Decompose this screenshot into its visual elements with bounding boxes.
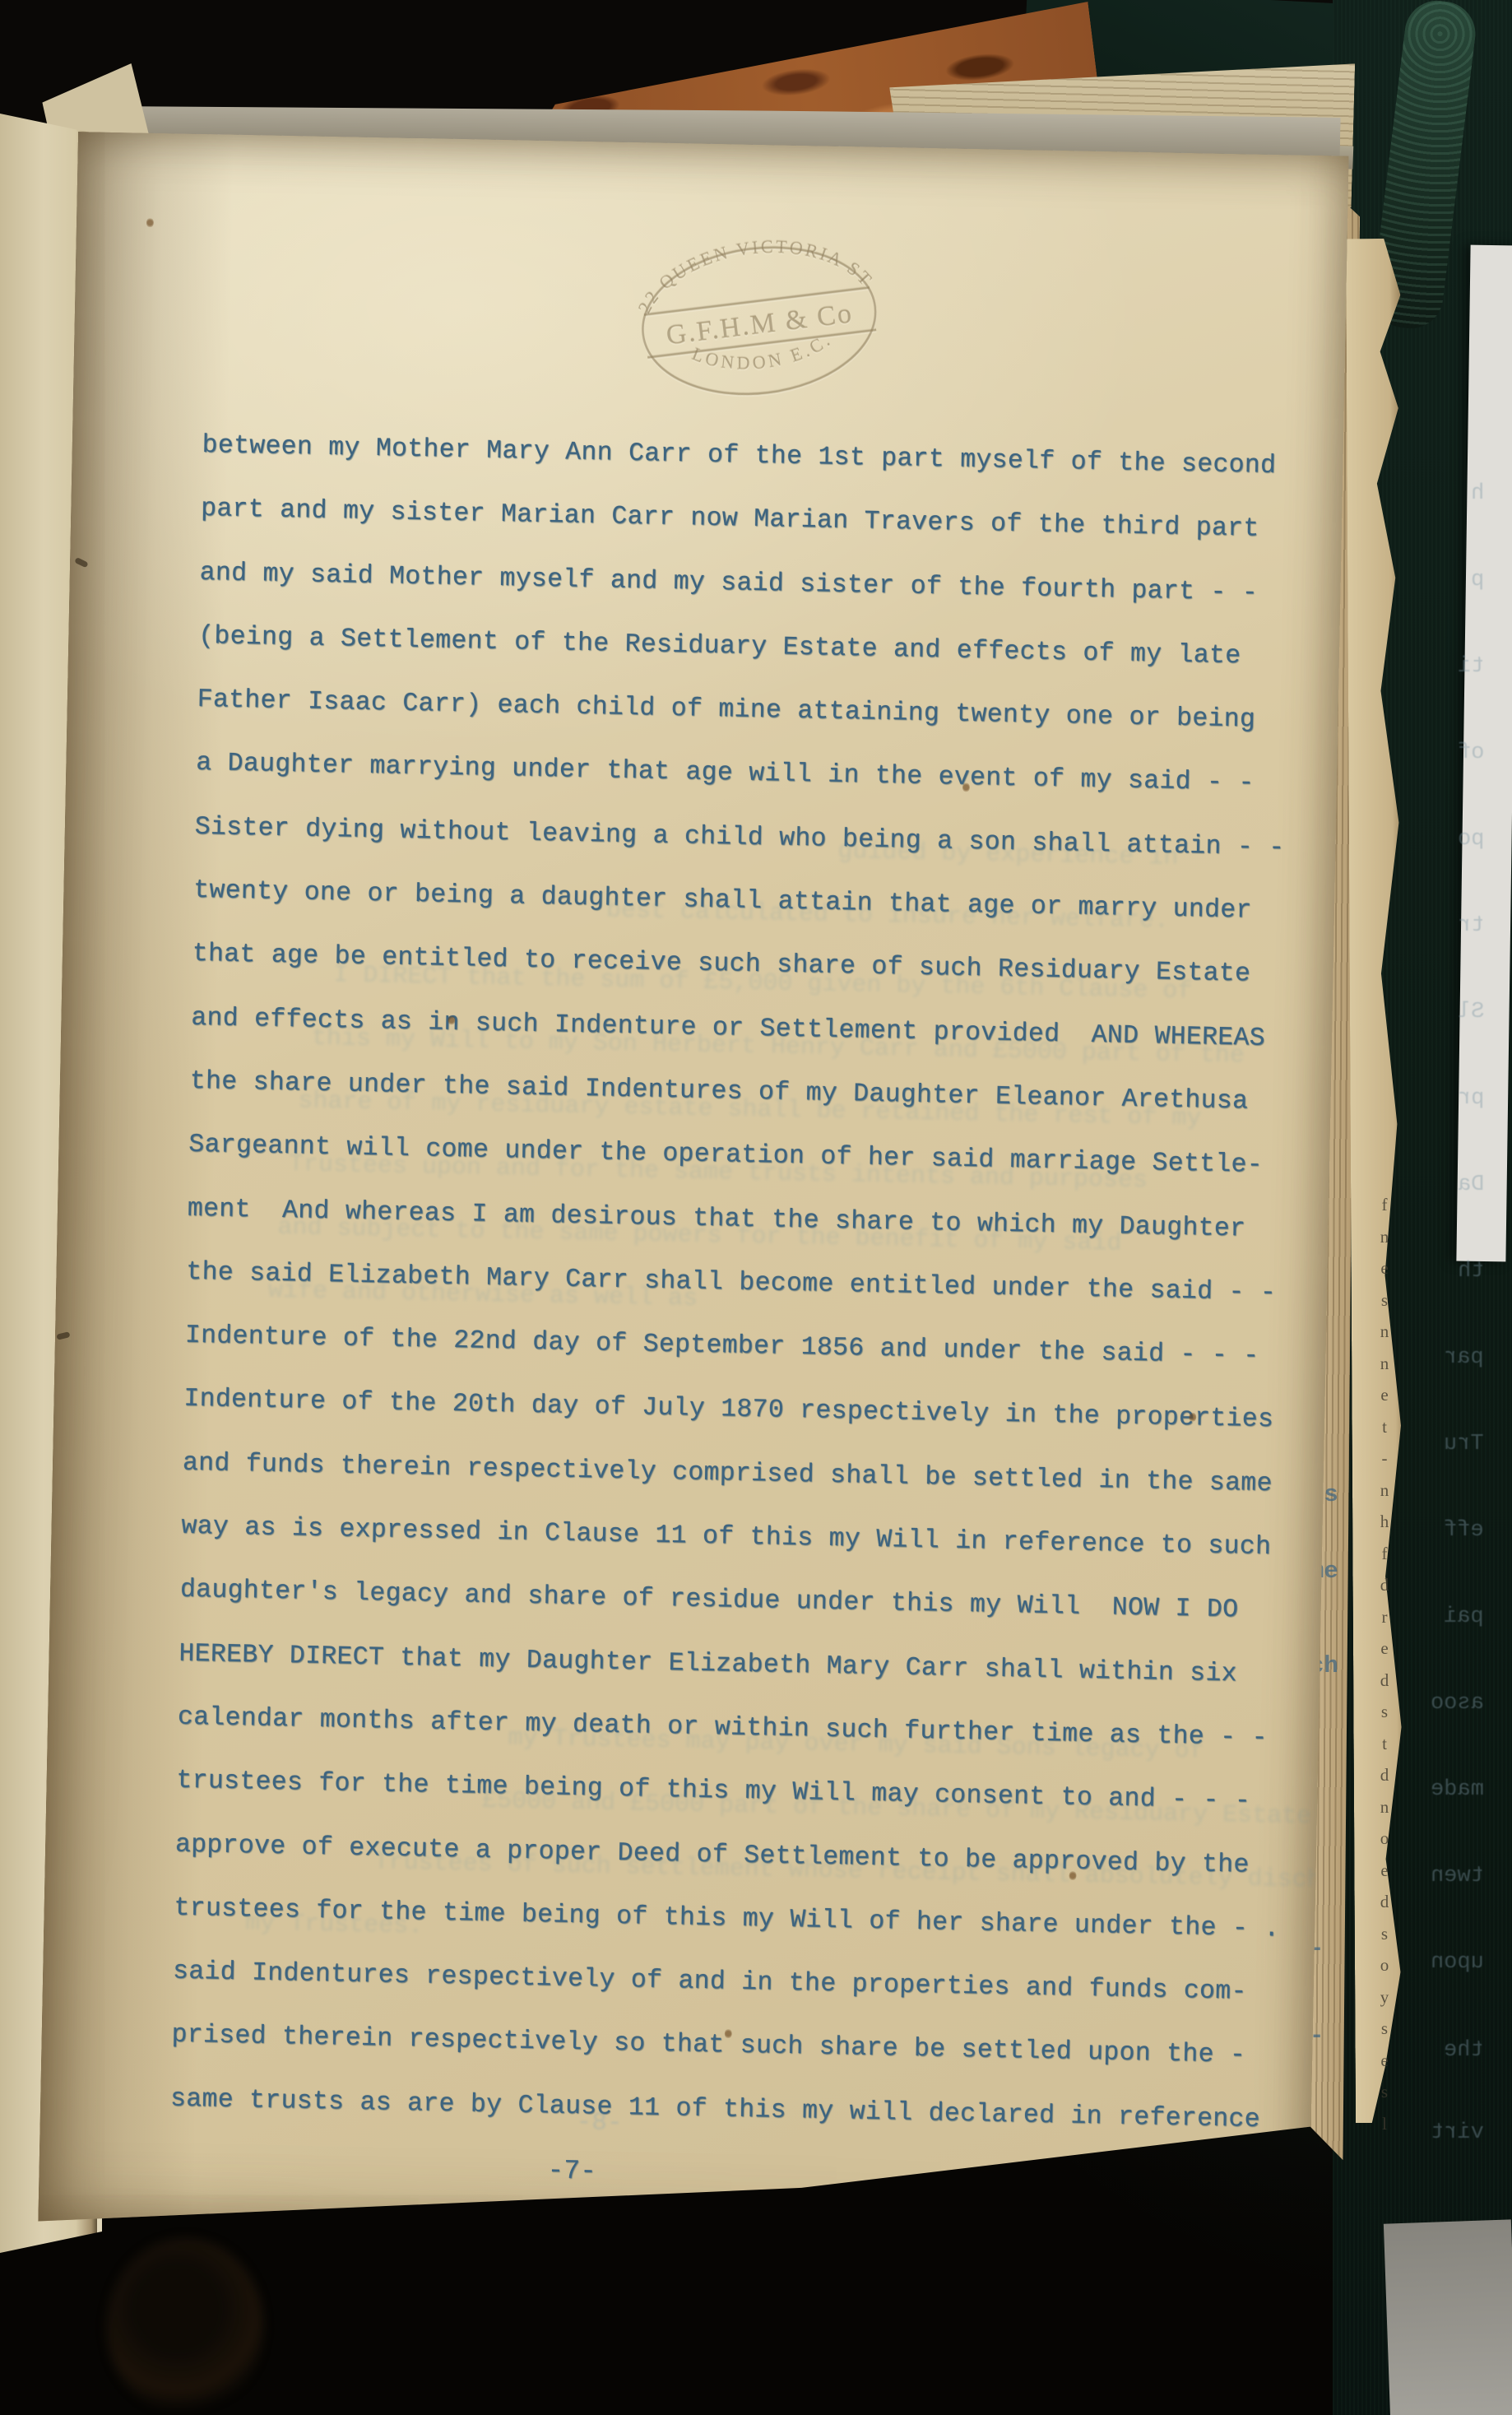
- edge-letter: n: [1372, 1354, 1397, 1374]
- bottom-shadow-blob: [107, 2238, 263, 2415]
- bleed-fragment: eff: [1444, 1518, 1484, 1543]
- edge-letter: e: [1372, 1258, 1397, 1279]
- edge-letter: n: [1372, 1321, 1397, 1342]
- edge-letter: t: [1372, 1734, 1397, 1754]
- bleed-fragment: po: [1458, 827, 1484, 852]
- edge-letter: e: [1372, 1860, 1397, 1881]
- edge-letter: s: [1372, 1702, 1397, 1722]
- bleed-fragment: the: [1444, 2038, 1484, 2063]
- edge-letter: h: [1372, 1512, 1397, 1532]
- bleed-fragment: th: [1458, 1259, 1484, 1284]
- scanned-book-photo: fnesnnet-nhfdredstdnoedsoysesl --esmech-…: [0, 0, 1512, 2415]
- edge-letter: y: [1372, 1987, 1397, 2008]
- bleed-fragment: Sl: [1458, 1000, 1484, 1024]
- bleed-fragment: of: [1458, 741, 1484, 765]
- edge-letter: -: [1372, 1448, 1397, 1469]
- edge-letter: d: [1372, 1892, 1397, 1912]
- edge-letter: d: [1372, 1765, 1397, 1786]
- bleed-fragment: Da: [1458, 1173, 1484, 1197]
- bleed-fragment: h: [1471, 481, 1484, 506]
- edge-letter: d: [1372, 1670, 1397, 1691]
- bleed-fragment: pr: [1458, 1086, 1484, 1111]
- edge-letter: o: [1372, 1828, 1397, 1849]
- page-number: -7-: [547, 2155, 596, 2186]
- bleed-fragment: made: [1431, 1777, 1484, 1802]
- edge-letter: r: [1372, 1607, 1397, 1628]
- bleed-fragment: pai: [1444, 1605, 1484, 1629]
- edge-letter: e: [1372, 1385, 1397, 1405]
- edge-letter: f: [1372, 1544, 1397, 1564]
- edge-letter: t: [1372, 1417, 1397, 1437]
- bleed-fragment: par: [1444, 1345, 1484, 1370]
- bleed-fragment: upon: [1431, 1950, 1484, 1975]
- bleed-fragment: ti: [1458, 654, 1484, 679]
- bleed-fragment: tr: [1458, 913, 1484, 938]
- background-card-bottom: [1384, 2219, 1512, 2415]
- bleed-fragment: virt: [1431, 2120, 1484, 2145]
- ghost-line: my Trustees.: [245, 1909, 424, 1940]
- edge-letter: e: [1372, 2050, 1397, 2071]
- will-page: 22 QUEEN VICTORIA ST G.F.H.M & Co LONDON…: [38, 132, 1348, 2245]
- bleed-fragment: p: [1471, 568, 1484, 592]
- edge-letter: e: [1372, 1638, 1397, 1659]
- bleed-fragment: twen: [1431, 1864, 1484, 1888]
- edge-letter: s: [1372, 1290, 1397, 1311]
- bleed-fragment: Tru: [1444, 1432, 1484, 1456]
- edge-letter: s: [1372, 2082, 1397, 2102]
- edge-letter: f: [1372, 1195, 1397, 1215]
- edge-letter: n: [1372, 1227, 1397, 1247]
- edge-letter: s: [1372, 1924, 1397, 1944]
- bleed-fragment: asoo: [1431, 1691, 1484, 1716]
- edge-letter: n: [1372, 1797, 1397, 1818]
- edge-letter: d: [1372, 1575, 1397, 1595]
- edge-letter: o: [1372, 1955, 1397, 1976]
- edge-letter: l: [1372, 2114, 1397, 2134]
- edge-letter: s: [1372, 2018, 1397, 2039]
- edge-letter: n: [1372, 1480, 1397, 1501]
- embossed-stamp: 22 QUEEN VICTORIA ST G.F.H.M & Co LONDON…: [601, 207, 918, 434]
- ghost-page-number: -8-: [576, 2108, 622, 2138]
